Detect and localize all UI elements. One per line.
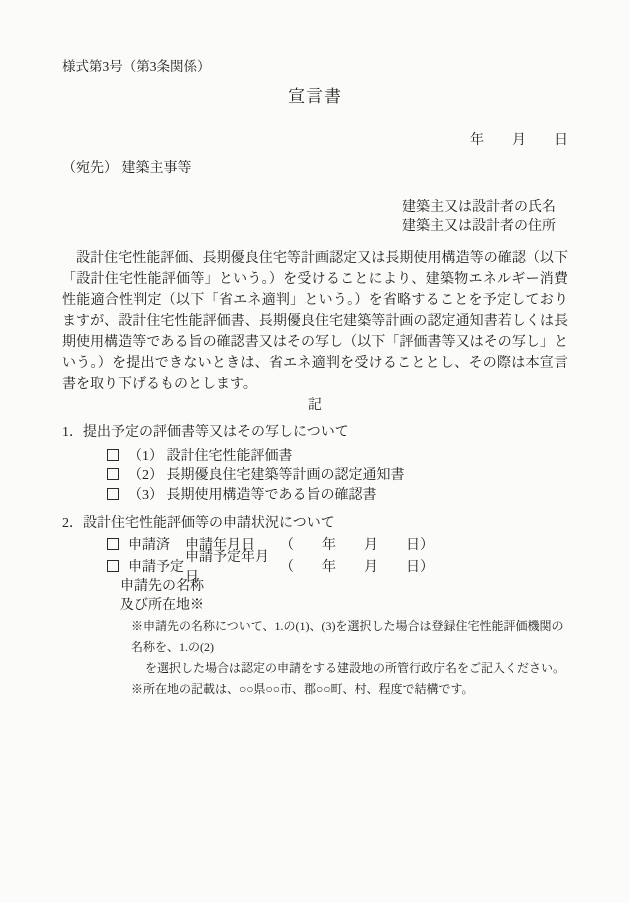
- document-option-label: （1） 設計住宅性能評価書: [128, 445, 293, 465]
- checkbox-longterm-notice[interactable]: [107, 468, 119, 480]
- document-option-row: （1） 設計住宅性能評価書: [107, 445, 568, 465]
- checkbox-planned[interactable]: [107, 560, 119, 572]
- footnotes-block: ※申請先の名称について、1.の(1)、(3)を選択した場合は登録住宅性能評価機関…: [62, 616, 568, 700]
- declaration-paragraph: 設計住宅性能評価、長期優良住宅等計画認定又は長期使用構造等の確認（以下「設計住宅…: [62, 248, 568, 395]
- section-2-heading: 2．設計住宅性能評価等の申請状況について: [62, 514, 568, 533]
- footnote-line-continuation: を選択した場合は認定の申請をする建設地の所管行政庁名をご記入ください。: [145, 658, 568, 679]
- addressee-line: （宛先） 建築主事等: [62, 160, 568, 178]
- document-option-row: （3） 長期使用構造等である旨の確認書: [107, 484, 568, 504]
- document-option-row: （2） 長期優良住宅建築等計画の認定通知書: [107, 465, 568, 485]
- date-line: 年 月 日: [62, 132, 568, 150]
- status-label: 申請済: [128, 534, 185, 554]
- status-label: 申請予定: [128, 556, 185, 576]
- page-title: 宣言書: [62, 86, 568, 108]
- signer-address-label: 建築主又は設計者の住所: [402, 218, 568, 237]
- application-status-row: 申請予定 申請予定年月日 （ 年 月 日）: [107, 555, 568, 577]
- form-number: 様式第3号（第3条関係）: [62, 58, 568, 75]
- footnote-line: ※申請先の名称について、1.の(1)、(3)を選択した場合は登録住宅性能評価機関…: [131, 616, 568, 658]
- signer-block: 建築主又は設計者の氏名 建築主又は設計者の住所: [402, 199, 568, 236]
- record-marker: 記: [62, 397, 568, 415]
- applicant-location-line: 及び所在地※: [120, 596, 568, 615]
- date-fill-in: （ 年 月 日）: [280, 534, 434, 554]
- section-1-items: （1） 設計住宅性能評価書 （2） 長期優良住宅建築等計画の認定通知書 （3） …: [62, 445, 568, 504]
- section-1-heading: 1．提出予定の評価書等又はその写しについて: [62, 423, 568, 442]
- section-2-rows: 申請済 申請年月日 （ 年 月 日） 申請予定 申請予定年月日 （ 年 月 日）: [62, 534, 568, 577]
- document-option-label: （2） 長期優良住宅建築等計画の認定通知書: [128, 464, 405, 484]
- declaration-form-page: 様式第3号（第3条関係） 宣言書 年 月 日 （宛先） 建築主事等 建築主又は設…: [0, 0, 630, 903]
- checkbox-applied[interactable]: [107, 538, 119, 550]
- signer-name-label: 建築主又は設計者の氏名: [402, 199, 568, 218]
- document-option-label: （3） 長期使用構造等である旨の確認書: [128, 484, 377, 504]
- checkbox-longterm-structure[interactable]: [107, 488, 119, 500]
- applicant-name-line: 申請先の名称: [120, 577, 568, 596]
- footnote-line: ※所在地の記載は、○○県○○市、郡○○町、村、程度で結構です。: [131, 679, 568, 700]
- checkbox-design-evaluation[interactable]: [107, 449, 119, 461]
- application-status-row: 申請済 申請年月日 （ 年 月 日）: [107, 534, 568, 556]
- date-fill-in: （ 年 月 日）: [280, 556, 434, 576]
